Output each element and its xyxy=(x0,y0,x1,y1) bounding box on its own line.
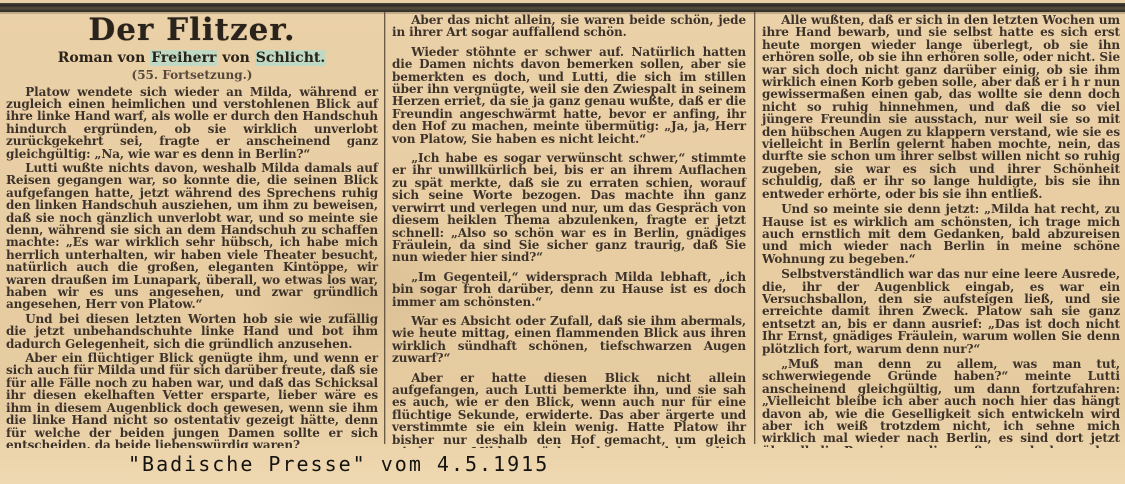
paragraph: War es Absicht oder Zufall, daß sie ihm … xyxy=(392,315,746,365)
source-caption: "Badische Presse" vom 4.5.1915 xyxy=(128,452,549,476)
paragraph: „Im Gegenteil,“ widersprach Milda lebhaf… xyxy=(392,271,746,308)
column-3: Alle wußten, daß er sich in den letzten … xyxy=(762,14,1120,448)
search-highlight: Schlicht. xyxy=(255,50,327,66)
newspaper-article: Der Flitzer. Roman von Freiherr von Schl… xyxy=(0,12,1125,448)
article-title: Der Flitzer. xyxy=(6,14,378,47)
paragraph: Aber er hatte diesen Blick nicht allein … xyxy=(392,372,746,448)
search-highlight: Freiherr xyxy=(150,50,217,66)
column-divider xyxy=(384,12,385,444)
paragraph: Aber das nicht allein, sie waren beide s… xyxy=(392,14,746,39)
top-rule-divider xyxy=(0,3,1125,12)
paragraph: Alle wußten, daß er sich in den letzten … xyxy=(762,14,1120,200)
installment-number: (55. Fortsetzung.) xyxy=(6,68,378,82)
paragraph: Lutti wußte nichts davon, weshalb Milda … xyxy=(6,162,378,311)
column-1-text: Platow wendete sich wieder an Milda, wäh… xyxy=(6,86,378,448)
paragraph: Und bei diesen letzten Worten hob sie wi… xyxy=(6,313,378,350)
column-3-text: Alle wußten, daß er sich in den letzten … xyxy=(762,14,1120,448)
column-2: Aber das nicht allein, sie waren beide s… xyxy=(392,14,746,448)
paragraph: „Muß man denn zu allem, was man tut, sch… xyxy=(762,358,1120,448)
column-2-text: Aber das nicht allein, sie waren beide s… xyxy=(392,14,746,448)
paragraph: „Ich habe es sogar verwünscht schwer,“ s… xyxy=(392,152,746,264)
newspaper-clipping-page: { "masthead": { "title": "Der Flitzer.",… xyxy=(0,0,1125,484)
paragraph: Und so meinte sie denn jetzt: „Milda hat… xyxy=(762,203,1120,265)
byline: Roman von Freiherr von Schlicht. xyxy=(6,50,378,66)
paragraph: Selbstverständlich war das nur eine leer… xyxy=(762,268,1120,355)
paragraph: Aber ein flüchtiger Blick genügte ihm, u… xyxy=(6,352,378,448)
paragraph: Wieder stöhnte er schwer auf. Natürlich … xyxy=(392,46,746,145)
column-1: Der Flitzer. Roman von Freiherr von Schl… xyxy=(6,14,378,448)
column-divider xyxy=(754,12,755,444)
byline-text: Roman von xyxy=(58,50,150,66)
paragraph: Platow wendete sich wieder an Milda, wäh… xyxy=(6,86,378,160)
byline-text: von xyxy=(217,50,254,66)
article-masthead: Der Flitzer. Roman von Freiherr von Schl… xyxy=(6,14,378,82)
